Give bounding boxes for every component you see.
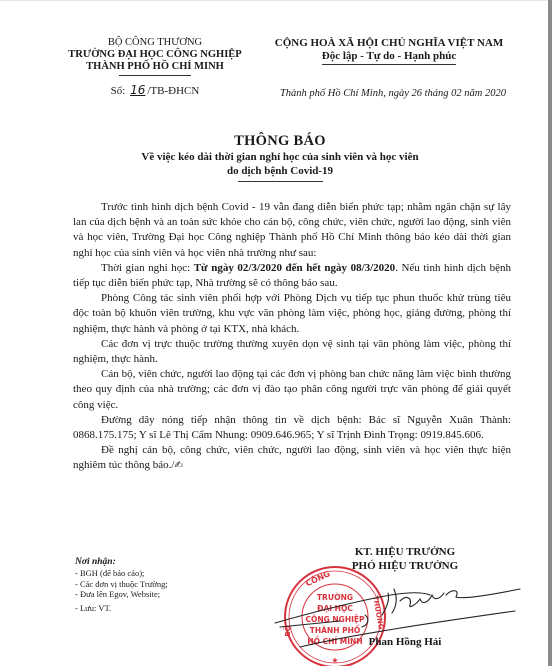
national-motto: Độc lập - Tự do - Hạnh phúc	[322, 50, 456, 65]
number-value: 16	[128, 83, 147, 97]
paragraph-staff: Cán bộ, viên chức, người lao động tại cá…	[73, 367, 511, 413]
document-title: THÔNG BÁO	[60, 132, 500, 150]
title-divider	[238, 181, 323, 182]
number-suffix: /TB-ĐHCN	[147, 85, 199, 97]
recipient-item: - BGH (để báo cáo);	[75, 568, 168, 579]
paragraph-closure-period: Thời gian nghỉ học: Từ ngày 02/3/2020 đế…	[73, 261, 511, 291]
paragraph-hotline: Đường dây nóng tiếp nhận thông tin về dị…	[73, 413, 511, 443]
national-header: CỘNG HOÀ XÃ HỘI CHỦ NGHĨA VIỆT NAM Độc l…	[258, 37, 520, 65]
recipient-item: - Đưa lên Egov, Website;	[75, 589, 168, 600]
paragraph-request: Đề nghị cán bộ, công chức, viên chức, ng…	[73, 443, 511, 473]
document-subtitle-line2: do dịch bệnh Covid-19	[60, 164, 500, 178]
document-body: Trước tình hình dịch bệnh Covid - 19 vẫn…	[73, 200, 511, 474]
page-edge-shadow	[548, 0, 552, 666]
document-page: BỘ CÔNG THƯƠNG TRƯỜNG ĐẠI HỌC CÔNG NGHIỆ…	[0, 0, 552, 666]
document-number: Số: 16/TB-ĐHCN	[55, 84, 255, 97]
recipient-item: - Các đơn vị thuộc Trường;	[75, 579, 168, 590]
recipients-label: Nơi nhận:	[75, 556, 168, 568]
header-divider	[119, 75, 191, 76]
top-border	[0, 0, 552, 1]
signature-title-line1: KT. HIỆU TRƯỞNG	[300, 545, 510, 559]
paragraph-context: Trước tình hình dịch bệnh Covid - 19 vẫn…	[73, 200, 511, 261]
svg-text:★: ★	[331, 656, 338, 665]
ministry-name: BỘ CÔNG THƯƠNG	[55, 37, 255, 49]
recipients-list: Nơi nhận: - BGH (để báo cáo); - Các đơn …	[75, 556, 168, 613]
request-text: Đề nghị cán bộ, công chức, viên chức, ng…	[73, 444, 511, 471]
document-subtitle-line1: Về việc kéo dài thời gian nghỉ học của s…	[60, 150, 500, 164]
closure-dates: Từ ngày 02/3/2020 đến hết ngày 08/3/2020	[194, 262, 395, 274]
paragraph-disinfection: Phòng Công tác sinh viên phối hợp với Ph…	[73, 291, 511, 337]
signer-name: Phan Hồng Hải	[300, 636, 510, 648]
school-name-line2: THÀNH PHỐ HỒ CHÍ MINH	[55, 61, 255, 73]
paragraph-cleaning: Các đơn vị trực thuộc trường thường xuyê…	[73, 337, 511, 367]
date-line: Thành phố Hồ Chí Minh, ngày 26 tháng 02 …	[262, 88, 524, 99]
nation-name: CỘNG HOÀ XÃ HỘI CHỦ NGHĨA VIỆT NAM	[258, 37, 520, 50]
initial-mark-icon: ✍	[174, 460, 182, 471]
recipient-item: - Lưu: VT.	[75, 603, 168, 614]
issuer-header: BỘ CÔNG THƯƠNG TRƯỜNG ĐẠI HỌC CÔNG NGHIỆ…	[55, 37, 255, 97]
title-block: THÔNG BÁO Về việc kéo dài thời gian nghỉ…	[60, 132, 500, 182]
school-name-line1: TRƯỜNG ĐẠI HỌC CÔNG NGHIỆP	[55, 49, 255, 61]
number-label: Số:	[111, 85, 126, 97]
closure-label: Thời gian nghỉ học:	[101, 262, 194, 274]
